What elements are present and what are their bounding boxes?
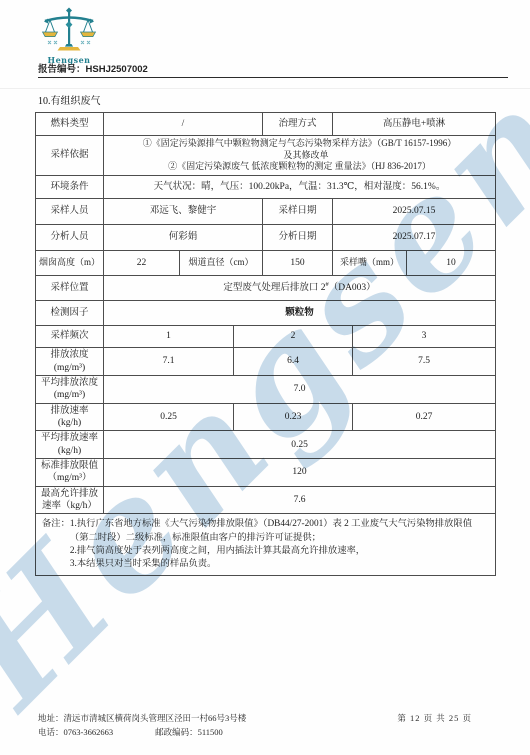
duct-diameter-value: 150 [263,251,333,276]
nozzle-label: 采样嘴（mm） [333,251,407,276]
sampling-basis-label: 采样依据 [36,136,104,176]
position-outlet-code: （DA003） [329,283,376,293]
stack-height-label: 烟囱高度（m） [36,251,104,276]
avg-rate-unit: (kg/h) [38,445,101,457]
row-fuel-type: 燃料类型 / 治理方式 高压静电+喷淋 [36,113,496,136]
frequency-3: 3 [353,326,496,348]
rate-label-text: 排放速率 [38,405,101,417]
max-rate-label-line2: 速率（kg/h） [38,500,101,512]
concentration-1: 7.1 [104,348,234,376]
phone-label: 电话： [38,727,64,737]
scan-artifact-divider [0,88,530,89]
duct-diameter-label: 烟道直径（cm） [180,251,263,276]
row-sampler: 采样人员 邓远飞、黎健宇 采样日期 2025.07.15 [36,199,496,225]
stack-height-value: 22 [104,251,180,276]
nozzle-value: 10 [407,251,496,276]
treatment-value: 高压静电+喷淋 [333,113,496,136]
fuel-type-value: / [104,113,263,136]
footer-address-line: 地址：清远市清城区横荷岗头管理区泾田一村66号3号楼 [38,712,246,724]
detection-factor-value: 颗粒物 [104,301,496,326]
basis-line-2: 及其修改单 [106,150,493,162]
balance-scale-icon [40,7,98,51]
row-environment: 环境条件 天气状况：晴，气压：100.20kPa，气温：31.3℃，相对湿度：5… [36,176,496,199]
remarks-cell: 备注： 1.执行广东省地方标准《大气污染物排放限值》（DB44/27-2001）… [36,514,496,576]
limit-value: 120 [104,459,496,487]
rate-3: 0.27 [353,403,496,431]
page-footer: 地址：清远市清城区横荷岗头管理区泾田一村66号3号楼 第 12 页 共 25 页… [38,712,500,738]
remarks-list: 1.执行广东省地方标准《大气污染物排放限值》（DB44/27-2001）表 2 … [70,518,489,571]
emission-data-table: 燃料类型 / 治理方式 高压静电+喷淋 采样依据 ①《固定污染源排气中颗粒物测定… [35,112,496,576]
analyst-label: 分析人员 [36,225,104,251]
frequency-2: 2 [234,326,353,348]
concentration-unit: (mg/m³) [38,362,101,374]
limit-label: 标准排放限值 （mg/m³） [36,459,104,487]
treatment-label: 治理方式 [263,113,333,136]
row-standard-limit: 标准排放限值 （mg/m³） 120 [36,459,496,487]
max-rate-label-line1: 最高允许排放 [38,488,101,500]
row-sampling-basis: 采样依据 ①《固定污染源排气中颗粒物测定与气态污染物采样方法》（GB/T 161… [36,136,496,176]
concentration-label: 排放浓度 (mg/m³) [36,348,104,376]
limit-label-text: 标准排放限值 [38,460,101,472]
environment-label: 环境条件 [36,176,104,199]
row-remarks: 备注： 1.执行广东省地方标准《大气污染物排放限值》（DB44/27-2001）… [36,514,496,576]
fuel-type-label: 燃料类型 [36,113,104,136]
position-text: 定型废气处理后排放口 2 [223,283,325,293]
report-page: Hengsen 报告编号：HSHJ2507002 10.有组织废气 燃料类型 /… [0,0,530,755]
sample-date-value: 2025.07.15 [333,199,496,225]
page-indicator: 第 12 页 共 25 页 [397,712,472,724]
row-analyst: 分析人员 何彩娟 分析日期 2025.07.17 [36,225,496,251]
row-average-rate: 平均排放速率 (kg/h) 0.25 [36,431,496,459]
max-rate-label: 最高允许排放 速率（kg/h） [36,486,104,514]
avg-rate-label: 平均排放速率 (kg/h) [36,431,104,459]
sampler-label: 采样人员 [36,199,104,225]
row-average-concentration: 平均排放浓度 (mg/m³) 7.0 [36,376,496,404]
row-detection-factor: 检测因子 颗粒物 [36,301,496,326]
report-number-value: HSHJ2507002 [86,64,148,75]
avg-concentration-label: 平均排放浓度 (mg/m³) [36,376,104,404]
environment-value: 天气状况：晴，气压：100.20kPa，气温：31.3℃，相对湿度：56.1%。 [104,176,496,199]
postal-value: 511500 [198,727,223,737]
remark-item-1: 1.执行广东省地方标准《大气污染物排放限值》（DB44/27-2001）表 2 … [70,518,489,544]
rate-1: 0.25 [104,403,234,431]
remarks-label: 备注： [42,518,70,530]
max-rate-value: 7.6 [104,486,496,514]
company-logo: Hengsen [40,7,98,65]
rate-label: 排放速率 (kg/h) [36,403,104,431]
row-max-allowed-rate: 最高允许排放 速率（kg/h） 7.6 [36,486,496,514]
avg-rate-label-text: 平均排放速率 [38,432,101,444]
sampler-value: 邓远飞、黎健宇 [104,199,263,225]
report-number-line: 报告编号：HSHJ2507002 [38,61,508,78]
address-label: 地址： [38,713,64,723]
analyst-value: 何彩娟 [104,225,263,251]
sampling-basis-value: ①《固定污染源排气中颗粒物测定与气态污染物采样方法》（GB/T 16157-19… [104,136,496,176]
rate-2: 0.23 [234,403,353,431]
address-value: 清远市清城区横荷岗头管理区泾田一村66号3号楼 [64,713,247,723]
row-sampling-frequency: 采样频次 1 2 3 [36,326,496,348]
concentration-label-text: 排放浓度 [38,349,101,361]
rate-unit: (kg/h) [38,417,101,429]
section-title: 10.有组织废气 [38,92,101,107]
row-sampling-position: 采样位置 定型废气处理后排放口 2#（DA003） [36,276,496,301]
analysis-date-label: 分析日期 [263,225,333,251]
basis-line-3: ②《固定污染源废气 低浓度颗粒物的测定 重量法》（HJ 836-2017） [106,161,493,173]
footer-contact-line: 电话：0763-3662663邮政编码：511500 [38,726,500,738]
avg-concentration-unit: (mg/m³) [38,389,101,401]
sampling-position-label: 采样位置 [36,276,104,301]
remark-item-2: 2.排气筒高度处于表列两高度之间，用内插法计算其最高允许排放速率， [70,545,489,558]
frequency-1: 1 [104,326,234,348]
phone-value: 0763-3662663 [64,727,114,737]
avg-concentration-value: 7.0 [104,376,496,404]
basis-line-1: ①《固定污染源排气中颗粒物测定与气态污染物采样方法》（GB/T 16157-19… [106,138,493,150]
concentration-3: 7.5 [353,348,496,376]
detection-factor-label: 检测因子 [36,301,104,326]
avg-concentration-label-text: 平均排放浓度 [38,377,101,389]
row-stack-dimensions: 烟囱高度（m） 22 烟道直径（cm） 150 采样嘴（mm） 10 [36,251,496,276]
avg-rate-value: 0.25 [104,431,496,459]
frequency-label: 采样频次 [36,326,104,348]
concentration-2: 6.4 [234,348,353,376]
sampling-position-value: 定型废气处理后排放口 2#（DA003） [104,276,496,301]
postal-label: 邮政编码： [155,727,198,737]
analysis-date-value: 2025.07.17 [333,225,496,251]
remark-item-3: 3.本结果只对当时采集的样品负责。 [70,558,489,571]
report-number-label: 报告编号： [38,64,86,75]
sample-date-label: 采样日期 [263,199,333,225]
limit-unit: （mg/m³） [38,472,101,484]
row-emission-concentration: 排放浓度 (mg/m³) 7.1 6.4 7.5 [36,348,496,376]
row-emission-rate: 排放速率 (kg/h) 0.25 0.23 0.27 [36,403,496,431]
